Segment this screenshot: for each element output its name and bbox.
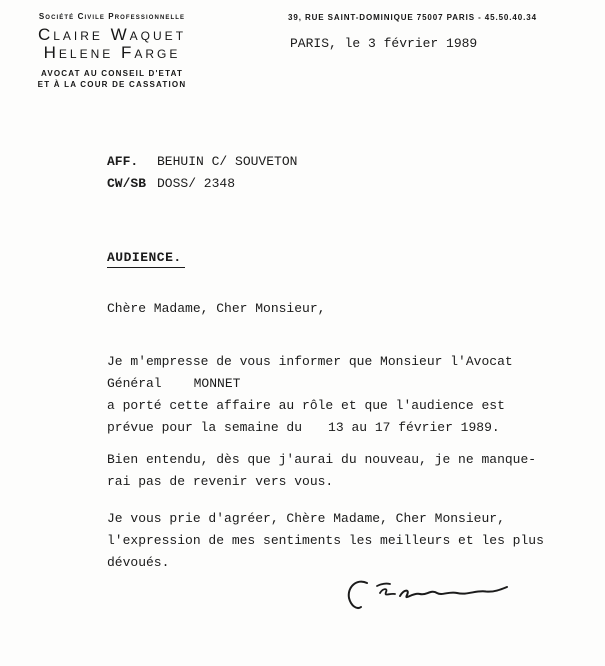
body-line-4: prévue pour la semaine du13 au 17 févrie… (107, 417, 513, 439)
letterhead: Société Civile Professionnelle Claire Wa… (12, 12, 212, 91)
role-lines: AVOCAT AU CONSEIL D'ETAT ET À LA COUR DE… (12, 68, 212, 91)
firm-type-line: Société Civile Professionnelle (12, 12, 212, 21)
signature-scrawl (343, 576, 523, 618)
dossier-reference-row: CW/SBDOSS/ 2348 (107, 173, 297, 195)
body-line-2: GénéralMONNET (107, 373, 513, 395)
body-line-3: a porté cette affaire au rôle et que l'a… (107, 395, 513, 417)
subject-heading: AUDIENCE. (107, 250, 185, 268)
filled-in-advocate-name: MONNET (194, 376, 241, 391)
role-line-2: ET À LA COUR DE CASSATION (12, 79, 212, 91)
salutation: Chère Madame, Cher Monsieur, (107, 301, 325, 316)
body-line-1: Je m'empresse de vous informer que Monsi… (107, 351, 513, 373)
aff-label: AFF. (107, 151, 157, 173)
paragraph-3: Je vous prie d'agréer, Chère Madame, Che… (107, 508, 544, 574)
role-line-1: AVOCAT AU CONSEIL D'ETAT (12, 68, 212, 80)
filled-in-hearing-date: 13 au 17 février 1989. (328, 420, 500, 435)
body-line-8: l'expression de mes sentiments les meill… (107, 530, 544, 552)
partner-name-2: Helene Farge (12, 44, 212, 62)
body-line-5: Bien entendu, dès que j'aurai du nouveau… (107, 449, 536, 471)
paragraph-2: Bien entendu, dès que j'aurai du nouveau… (107, 449, 536, 493)
body-line-7: Je vous prie d'agréer, Chère Madame, Che… (107, 508, 544, 530)
reference-block: AFF.BEHUIN C/ SOUVETON CW/SBDOSS/ 2348 (107, 151, 297, 195)
body-line-9: dévoués. (107, 552, 544, 574)
partner-name-1: Claire Waquet (12, 26, 212, 44)
firm-address: 39, RUE SAINT-DOMINIQUE 75007 PARIS - 45… (288, 13, 537, 22)
dossier-value: DOSS/ 2348 (157, 176, 235, 191)
body-line-4-prefix: prévue pour la semaine du (107, 420, 302, 435)
signature (343, 576, 523, 618)
paragraph-1: Je m'empresse de vous informer que Monsi… (107, 351, 513, 439)
date-line: PARIS, le 3 février 1989 (290, 36, 477, 51)
case-reference-row: AFF.BEHUIN C/ SOUVETON (107, 151, 297, 173)
aff-value: BEHUIN C/ SOUVETON (157, 154, 297, 169)
body-line-6: rai pas de revenir vers vous. (107, 471, 536, 493)
body-line-2-prefix: Général (107, 376, 162, 391)
initials-label: CW/SB (107, 173, 157, 195)
letter-page: Société Civile Professionnelle Claire Wa… (0, 0, 605, 666)
